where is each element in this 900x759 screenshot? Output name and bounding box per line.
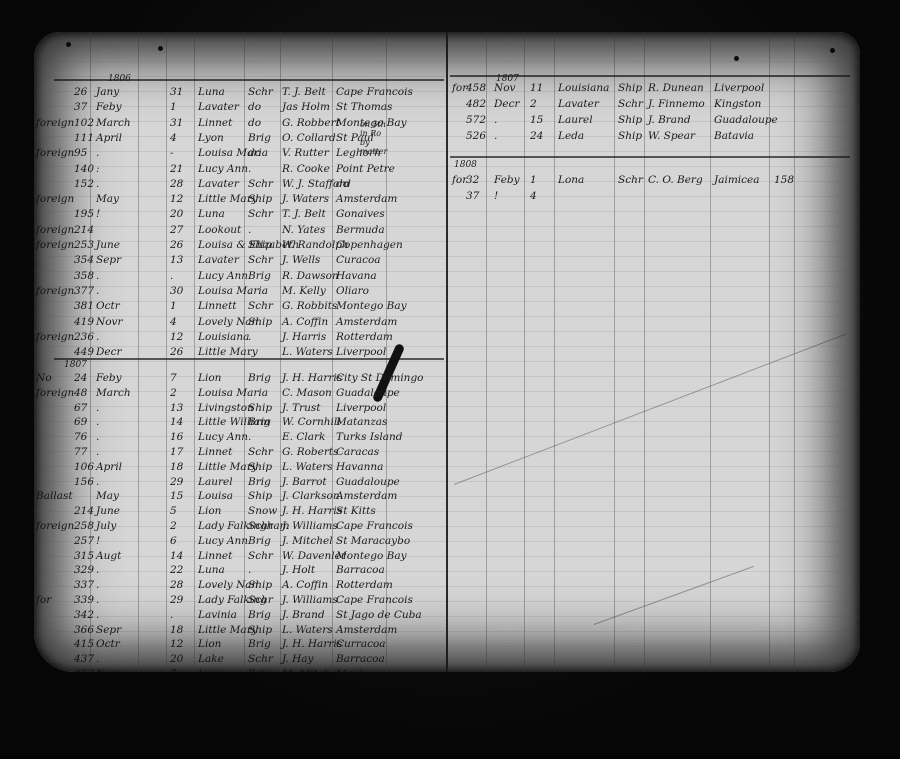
rig-type: Brig	[248, 372, 271, 384]
margin-note: foreign	[36, 117, 74, 129]
port-name: Cape Francois	[336, 520, 413, 532]
rig-type: Schr	[248, 520, 273, 532]
master-name: W. Cornhill	[282, 416, 341, 428]
master-name: A. Coffin	[282, 579, 328, 591]
rig-type: Schr	[248, 208, 273, 220]
year-heading: 1807	[64, 360, 87, 370]
rig-type: .	[248, 224, 251, 236]
ledger-spread: 1806 26Jany31LunaSchrT. J. BeltCape Fran…	[34, 32, 860, 672]
vessel-name: Luna	[198, 86, 225, 98]
rig-type: Brig	[248, 668, 271, 672]
vessel-name: Laurel	[558, 114, 593, 126]
month: .	[96, 609, 99, 621]
port-name: St Thomas	[336, 101, 392, 113]
master-name: J. Barrot	[282, 476, 327, 488]
port-name: St Maracaybo	[336, 535, 410, 547]
vessel-name: Louisa	[198, 490, 233, 502]
margin-note: foreign	[36, 331, 74, 343]
register-number: 214	[74, 505, 94, 517]
master-name: J. Clarkson	[282, 490, 340, 502]
margin-note: foreign	[36, 147, 74, 159]
extra-value: 158	[774, 174, 794, 186]
register-number: 37	[74, 101, 87, 113]
port-name: Matanzas	[336, 416, 387, 428]
port-name: Rotterdam	[336, 579, 393, 591]
month: .	[96, 579, 99, 591]
register-number: 67	[74, 402, 87, 414]
margin-note: foreign	[36, 520, 74, 532]
rig-type: .	[248, 346, 251, 358]
port-name: City St Domingo	[336, 372, 424, 384]
vessel-name: Luna	[198, 564, 225, 576]
month: Sepr	[96, 254, 121, 266]
day: 1	[530, 174, 537, 186]
master-name: G. Robbert	[282, 117, 340, 129]
register-number: 48	[74, 387, 87, 399]
month: Feby	[96, 101, 122, 113]
month: .	[494, 114, 497, 126]
register-number: 77	[74, 446, 87, 458]
rig-type: .	[248, 431, 251, 443]
ink-spot	[158, 46, 163, 51]
margin-note: foreign	[36, 239, 74, 251]
cancel-line	[594, 566, 754, 625]
register-number: 458	[466, 82, 486, 94]
day: 12	[170, 638, 183, 650]
month: May	[96, 193, 119, 205]
day: 28	[170, 579, 183, 591]
rig-type: Snow	[248, 505, 277, 517]
master-name: J. Finnemo	[648, 98, 705, 110]
master-name: C. O. Berg	[648, 174, 703, 186]
month: .	[96, 178, 99, 190]
vessel-name: Lyon	[198, 668, 224, 672]
month: March	[96, 117, 131, 129]
month: .	[96, 402, 99, 414]
register-number: 236	[74, 331, 94, 343]
day: 13	[170, 402, 183, 414]
month: Feby	[494, 174, 520, 186]
vessel-name: Lyon	[198, 132, 224, 144]
port-name: Point Petre	[336, 163, 395, 175]
rig-type: .	[248, 331, 251, 343]
vessel-name: Louisa Maria	[198, 285, 268, 297]
master-name: J. Harris	[282, 331, 326, 343]
vessel-name: Louisa Maria	[198, 387, 268, 399]
register-number: 377	[74, 285, 94, 297]
column-rule	[486, 32, 487, 672]
rig-type: Schr	[618, 98, 643, 110]
vessel-name: Lion	[198, 638, 221, 650]
rig-type: Ship	[248, 193, 272, 205]
day: 22	[170, 564, 183, 576]
month: .	[96, 431, 99, 443]
port-name: Guadaloupe	[336, 387, 400, 399]
month: Octr	[96, 638, 120, 650]
port-name: Liverpool	[336, 346, 386, 358]
rig-type: Ship	[618, 130, 642, 142]
month: .	[96, 285, 99, 297]
rig-type: Brig	[248, 476, 271, 488]
day: 13	[170, 254, 183, 266]
day: 24	[530, 130, 543, 142]
port-name: Montego Bay	[336, 300, 407, 312]
vessel-name: Louisiana	[558, 82, 609, 94]
port-name: Havana	[336, 270, 377, 282]
port-name: Amsterdam	[336, 193, 397, 205]
month: May	[96, 490, 119, 502]
day: 20	[170, 208, 183, 220]
master-name: R. Cooke	[282, 163, 330, 175]
column-rule	[710, 32, 711, 672]
ink-spot	[66, 42, 71, 47]
port-name: St Jago de Cuba	[336, 609, 422, 621]
year-heading: 1806	[108, 74, 131, 84]
month: Novr	[96, 668, 122, 672]
register-number: 102	[74, 117, 94, 129]
rig-type: Ship	[248, 624, 272, 636]
vessel-name: Lavater	[558, 98, 599, 110]
day: 7	[170, 668, 177, 672]
register-number: 152	[74, 178, 94, 190]
register-number: 339	[74, 594, 94, 606]
day: 15	[170, 490, 183, 502]
master-name: J. Trust	[282, 402, 320, 414]
register-number: 572	[466, 114, 486, 126]
day: 18	[170, 624, 183, 636]
register-number: 37	[466, 190, 479, 202]
vessel-name: Lucy Ann	[198, 431, 248, 443]
column-rule	[769, 32, 770, 672]
port-name: Cape Francois	[336, 86, 413, 98]
register-number: 315	[74, 550, 94, 562]
day: 29	[170, 476, 183, 488]
ink-spot	[830, 48, 835, 53]
register-number: 253	[74, 239, 94, 251]
master-name: J. Brand	[282, 609, 325, 621]
register-number: 354	[74, 254, 94, 266]
register-number: 526	[466, 130, 486, 142]
day: 18	[170, 461, 183, 473]
day: 2	[530, 98, 537, 110]
month: Feby	[96, 372, 122, 384]
master-name: V. Rutter	[282, 147, 329, 159]
register-number: 258	[74, 520, 94, 532]
day: 16	[170, 431, 183, 443]
register-number: 140	[74, 163, 94, 175]
year-heading: 1808	[454, 160, 477, 170]
cancel-line	[454, 334, 846, 485]
master-name: G. Roberts	[282, 446, 338, 458]
register-number: 26	[74, 86, 87, 98]
master-name: R. Dawson	[282, 270, 339, 282]
vessel-name: Lavater	[198, 254, 239, 266]
master-name: T. J. Belt	[282, 208, 326, 220]
master-name: J. Waters	[282, 193, 329, 205]
margin-note: foreign	[36, 224, 74, 236]
rig-type: Schr	[248, 254, 273, 266]
margin-note: for	[452, 82, 467, 94]
register-number: 156	[74, 476, 94, 488]
register-number: 106	[74, 461, 94, 473]
master-name: J. Brand	[648, 114, 691, 126]
month: !	[96, 535, 100, 547]
rig-type: Brig	[248, 638, 271, 650]
margin-note: for	[452, 174, 467, 186]
day: .	[170, 609, 173, 621]
margin-annotation: on 5th in Ro by matter	[360, 120, 387, 156]
day: 20	[170, 653, 183, 665]
day: 26	[170, 239, 183, 251]
port-name: Barracoa	[336, 564, 385, 576]
rig-type: Ship	[248, 316, 272, 328]
day: .	[170, 270, 173, 282]
master-name: J. Hay	[282, 653, 313, 665]
rig-type: Brig	[248, 132, 271, 144]
margin-note: for	[36, 594, 51, 606]
column-rule	[194, 32, 195, 672]
rig-type: Ship	[248, 579, 272, 591]
master-name: L. Waters	[282, 461, 333, 473]
register-number: 111	[74, 132, 94, 144]
column-rule	[644, 32, 645, 672]
rig-type: .	[248, 163, 251, 175]
month: Augt	[96, 550, 121, 562]
margin-note: foreign	[36, 285, 74, 297]
port-name: Mocha	[336, 668, 372, 672]
register-number: 482	[466, 98, 486, 110]
port-name: Liverpool	[336, 402, 386, 414]
day: 28	[170, 178, 183, 190]
rig-type: Brig	[248, 270, 271, 282]
month: July	[96, 520, 116, 532]
month: June	[96, 505, 120, 517]
master-name: T. J. Belt	[282, 86, 326, 98]
master-name: M. Mitchel	[282, 668, 340, 672]
vessel-name: Lady Falkingham	[198, 520, 290, 532]
rig-type: do	[248, 117, 261, 129]
margin-note: foreign	[36, 193, 74, 205]
master-name: J. Wells	[282, 254, 320, 266]
month: Decr	[494, 98, 520, 110]
master-name: L. Waters	[282, 346, 333, 358]
month: !	[96, 208, 100, 220]
month: .	[96, 594, 99, 606]
register-number: 257	[74, 535, 94, 547]
register-number: 381	[74, 300, 94, 312]
month: !	[494, 190, 498, 202]
day: 6	[170, 535, 177, 547]
rig-type: .	[248, 564, 251, 576]
rig-type: do	[248, 101, 261, 113]
port-name: Gonaives	[336, 208, 385, 220]
margin-note: No	[36, 372, 52, 384]
ink-spot	[734, 56, 739, 61]
register-number: 195	[74, 208, 94, 220]
port-name: Barracoa	[336, 653, 385, 665]
vessel-name: Linnet	[198, 550, 232, 562]
day: 31	[170, 86, 183, 98]
register-number: 366	[74, 624, 94, 636]
port-name: Oliaro	[336, 285, 369, 297]
port-name: do	[336, 178, 349, 190]
register-number: 337	[74, 579, 94, 591]
day: 11	[530, 82, 543, 94]
day: 31	[170, 117, 183, 129]
register-number: 329	[74, 564, 94, 576]
day: 2	[170, 387, 177, 399]
register-number: 95	[74, 147, 87, 159]
rig-type: Brig	[248, 609, 271, 621]
register-number: 415	[74, 638, 94, 650]
register-number: 214	[74, 224, 94, 236]
month: Novr	[96, 316, 122, 328]
month: June	[96, 239, 120, 251]
day: 5	[170, 505, 177, 517]
rig-type: Ship	[248, 461, 272, 473]
vessel-name: Lavater	[198, 178, 239, 190]
day: 26	[170, 346, 183, 358]
rig-type: Brig	[248, 416, 271, 428]
port-name: Rotterdam	[336, 331, 393, 343]
port-name: St Kitts	[336, 505, 376, 517]
master-name: W. Spear	[648, 130, 695, 142]
register-number: 449	[74, 346, 94, 358]
month: March	[96, 387, 131, 399]
day: 1	[170, 101, 177, 113]
month: Nov	[494, 82, 515, 94]
month: .	[96, 416, 99, 428]
month: .	[96, 653, 99, 665]
day: 12	[170, 193, 183, 205]
register-number: 453	[74, 668, 94, 672]
master-name: O. Collard	[282, 132, 336, 144]
port-name: Liverpool	[714, 82, 764, 94]
column-rule	[280, 32, 281, 672]
master-name: J. Holt	[282, 564, 315, 576]
vessel-name: Lavater	[198, 101, 239, 113]
master-name: J. Williams	[282, 520, 338, 532]
section-rule	[54, 358, 444, 360]
rig-type: .	[248, 285, 251, 297]
rig-type: Schr	[248, 594, 273, 606]
month: Jany	[96, 86, 119, 98]
master-name: L. Waters	[282, 624, 333, 636]
section-rule	[450, 156, 850, 158]
port-name: Havanna	[336, 461, 383, 473]
page-gutter	[446, 32, 448, 672]
day: 17	[170, 446, 183, 458]
rig-type: Ship	[248, 402, 272, 414]
master-name: C. Mason	[282, 387, 332, 399]
port-name: Caracas	[336, 446, 379, 458]
rig-type: Schr	[248, 653, 273, 665]
month: .	[96, 564, 99, 576]
month: .	[96, 147, 99, 159]
register-number: 69	[74, 416, 87, 428]
port-name: Amsterdam	[336, 624, 397, 636]
month: .	[96, 270, 99, 282]
port-name: Montego Bay	[336, 550, 407, 562]
register-number: 24	[74, 372, 87, 384]
day: 15	[530, 114, 543, 126]
vessel-name: Lake	[198, 653, 224, 665]
port-name: Amsterdam	[336, 316, 397, 328]
rig-type: Schr	[618, 174, 643, 186]
register-number: 76	[74, 431, 87, 443]
register-number: 437	[74, 653, 94, 665]
vessel-name: Louisiana	[198, 331, 249, 343]
column-rule	[166, 32, 167, 672]
master-name: N. Yates	[282, 224, 325, 236]
margin-note: Ballast	[36, 490, 73, 502]
register-number: 419	[74, 316, 94, 328]
vessel-name: Lion	[198, 372, 221, 384]
day: 12	[170, 331, 183, 343]
master-name: G. Robbits	[282, 300, 337, 312]
day: 14	[170, 550, 183, 562]
port-name: Curracoa	[336, 638, 386, 650]
port-name: Curacoa	[336, 254, 381, 266]
day: 4	[530, 190, 537, 202]
rig-type: Ship	[248, 239, 272, 251]
vessel-name: Lion	[198, 505, 221, 517]
register-number: 32	[466, 174, 479, 186]
port-name: Kingston	[714, 98, 761, 110]
month: .	[96, 476, 99, 488]
rig-type: Schr	[248, 550, 273, 562]
master-name: J. Williams	[282, 594, 338, 606]
vessel-name: Lucy Ann	[198, 535, 248, 547]
register-number: 342	[74, 609, 94, 621]
day: 27	[170, 224, 183, 236]
master-name: A. Coffin	[282, 316, 328, 328]
master-name: M. Kelly	[282, 285, 326, 297]
day: 4	[170, 132, 177, 144]
vessel-name: Linnet	[198, 117, 232, 129]
register-number: 358	[74, 270, 94, 282]
vessel-name: Lucy Ann	[198, 163, 248, 175]
vessel-name: Linnet	[198, 446, 232, 458]
rig-type: Schr	[248, 446, 273, 458]
day: 1	[170, 300, 177, 312]
port-name: Batavia	[714, 130, 754, 142]
vessel-name: Linnett	[198, 300, 237, 312]
month: Octr	[96, 300, 120, 312]
vessel-name: Lavinia	[198, 609, 237, 621]
master-name: J. H. Harris	[282, 638, 342, 650]
rig-type: Schr	[248, 178, 273, 190]
day: 4	[170, 316, 177, 328]
port-name: Turks Island	[336, 431, 403, 443]
port-name: Cape Francois	[336, 594, 413, 606]
day: 30	[170, 285, 183, 297]
vessel-name: Lucy Ann	[198, 270, 248, 282]
rig-type: Ship	[618, 82, 642, 94]
port-name: Guadaloupe	[714, 114, 778, 126]
vessel-name: Livingston	[198, 402, 254, 414]
port-name: Copenhagen	[336, 239, 403, 251]
master-name: J. H. Harris	[282, 505, 342, 517]
column-rule	[524, 32, 525, 672]
vessel-name: Lookout	[198, 224, 241, 236]
rig-type: Ship	[618, 114, 642, 126]
master-name: R. Dunean	[648, 82, 704, 94]
margin-note: foreign	[36, 387, 74, 399]
month: .	[96, 446, 99, 458]
rig-type: Ship	[248, 490, 272, 502]
month: .	[96, 331, 99, 343]
